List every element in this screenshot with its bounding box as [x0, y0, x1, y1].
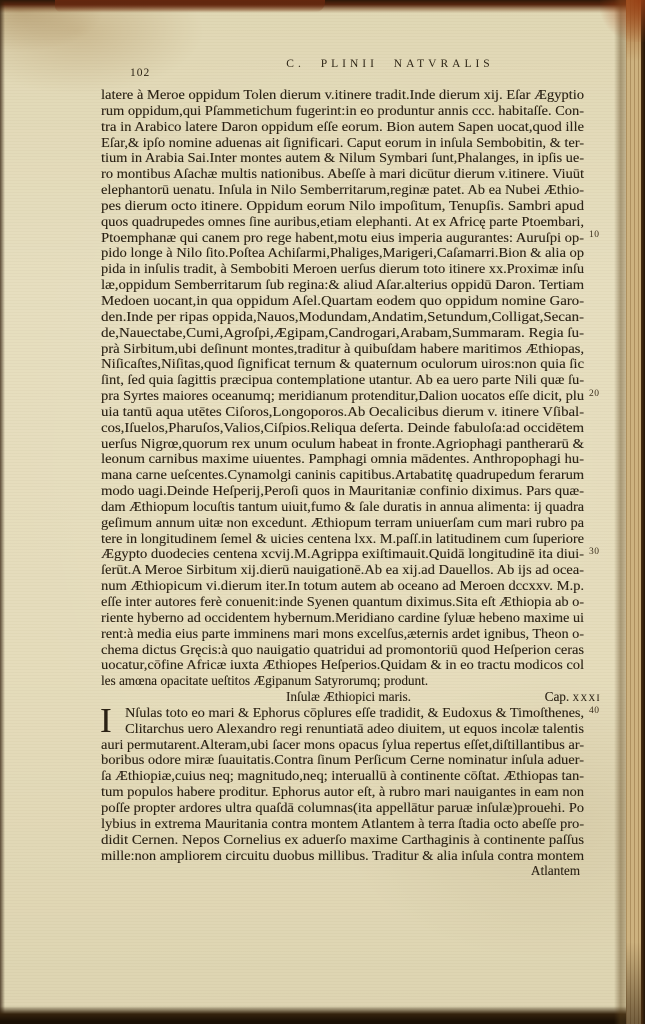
page-edge-shadow: [614, 0, 626, 1024]
text-line: dam Æthiopum locuſtis tantum uiuit,fumo …: [101, 499, 584, 515]
text-line: didit Cernen. Nepos Cornelius ex aduerſo…: [101, 832, 584, 848]
text-line: rum oppidum,qui Pſammetichum fugerint:in…: [101, 103, 584, 119]
chapter-heading-row: Inſulæ Æthiopici maris. Cap. xxxi: [101, 689, 584, 705]
text-line: boribus odore miræ ſuauitatis.Contra ſin…: [101, 752, 584, 768]
text-line: ſint, ſed quia ſagittis præcipua contemp…: [101, 372, 584, 388]
paragraph-2: I Nſulas toto eo mari & Ephorus cōplures…: [101, 705, 584, 863]
book-fore-edge-pages: [626, 0, 641, 1024]
text-line: riente hyberno ad occidentem hybernum.Me…: [101, 610, 584, 626]
text-line: auri permutarent.Alteram,ubi ſacer mons …: [101, 737, 584, 753]
text-line: uocatur,cōfine Africæ iuxta Æthiopes Heſ…: [101, 657, 584, 673]
text-line: prà Sirbitum,ubi deſinunt montes,traditu…: [101, 341, 584, 357]
text-line: eſſe inter autores ferè conuenit:inde Sy…: [101, 594, 584, 610]
section-title: Inſulæ Æthiopici maris.: [286, 689, 411, 705]
text-line: pes dierum octo itinere. Oppidum eorum N…: [101, 198, 584, 214]
text-line: latere à Meroe oppidum Tolen dierum v.it…: [101, 87, 584, 103]
text-line: leonum carnibus maxime uiuentes. Pamphag…: [101, 451, 584, 467]
text-line: ſa Æthiopiæ,cuius neq; magnitudo,neq; in…: [101, 768, 584, 784]
text-line: geſimum annum uitæ non excedunt. Æthiopu…: [101, 515, 584, 531]
text-line: ro montibus Aſachæ multis nationibus. Ab…: [101, 166, 584, 182]
page-number: 102: [130, 67, 150, 79]
top-edge-stain: [55, 0, 325, 12]
text-line: Nſulas toto eo mari & Ephorus cōplures e…: [125, 705, 584, 721]
text-line: modo uagi.Deinde Heſperij,Peroſi quos in…: [101, 483, 584, 499]
text-line: Medoen uocant,in qua oppidum Aſel.Quarta…: [101, 293, 584, 309]
text-line: Eſar,& ipſo nomine aduenas ait ſignifica…: [101, 135, 584, 151]
text-line: rent:à media eius parte imminens mari mo…: [101, 626, 584, 642]
chapter-label: Cap.: [545, 689, 570, 704]
text-line: Ægypto duodecies centena xcvij.M.Agrippa…: [101, 546, 584, 562]
text-line: ſerūt.A Meroe Sirbitum xij.dierū nauigat…: [101, 562, 584, 578]
text-block: latere à Meroe oppidum Tolen dierum v.it…: [101, 87, 584, 879]
text-line: de,Nauectabe,Cumi,Agroſpi,Ægipam,Candrog…: [101, 325, 584, 341]
top-right-corner-stain: [600, 0, 645, 42]
margin-line-number-40: 40: [589, 706, 600, 716]
text-line: tium in Arabia Sai.Inter montes autem & …: [101, 150, 584, 166]
text-line: lybius in extrema Mauritania contra mont…: [101, 816, 584, 832]
text-line: tra in Arabico latere Daron oppidum eſſe…: [101, 119, 584, 135]
photo-right-edge: [641, 0, 645, 1024]
text-line: uerſus Nigrœ,quorum rex unum oculum habe…: [101, 436, 584, 452]
text-line: elephantorū uenatu. Inſula in Nilo Sembe…: [101, 182, 584, 198]
text-line: læ,oppidum Semberritarum ſub regina:& al…: [101, 277, 584, 293]
chapter-number: Cap. xxxi: [545, 689, 601, 705]
text-line: den.Inde per ripas oppida,Nauos,Modundam…: [101, 309, 584, 325]
text-line: pra Syrtes maiores oceanumq; meridianum …: [101, 388, 584, 404]
text-line: tere in longitudinem ſemel & uicies cent…: [101, 531, 584, 547]
text-line: chema dictus Gręcis:à quo nauigatio quat…: [101, 642, 584, 658]
text-line: Clitarchus uero Alexandro regi renuntiat…: [125, 721, 584, 737]
text-line: mille:non ampliorem circuitu duobus mill…: [101, 848, 584, 864]
text-line: quos quadrupedes omnes ſine auribus,etia…: [101, 214, 584, 230]
photo-left-edge: [0, 0, 5, 1024]
text-line: pida in inſulis tradit, à Sembobiti Mero…: [101, 261, 584, 277]
catchword-row: Atlantem: [101, 863, 584, 879]
text-line: cos,Iſuelos,Pharuſos,Valios,Ciſpios.Reli…: [101, 420, 584, 436]
margin-line-number-30: 30: [589, 547, 600, 557]
text-line: Niſicaſtes,Niſitas,quod ſignificat ternu…: [101, 356, 584, 372]
margin-line-number-20: 20: [589, 389, 600, 399]
catchword: Atlantem: [531, 863, 580, 878]
text-line: uia tantū aqua utētes Ciſoros,Longoporos…: [101, 404, 584, 420]
margin-line-number-10: 10: [589, 230, 600, 240]
scanned-book-page: C. PLINII NATVRALIS 102 latere à Meroe o…: [0, 0, 645, 1024]
text-line: Ptoemphanæ qui canem pro rege habent,mot…: [101, 230, 584, 246]
text-line: les amœna opacitate ueſtitos Ægipanum Sa…: [101, 673, 584, 689]
text-line: tum populos habere proditur. Ephorus aut…: [101, 784, 584, 800]
chapter-numeral: xxxi: [573, 689, 602, 704]
text-line: pido longe à Nilo ſito.Poſtea Achiſarmi,…: [101, 245, 584, 261]
text-line: num Æthiopicum vi.dierum iter.In totum a…: [101, 578, 584, 594]
photo-bottom-edge: [0, 1006, 645, 1024]
paragraph-1: latere à Meroe oppidum Tolen dierum v.it…: [101, 87, 584, 689]
text-line: poſſe propter ardores ultra quaſdā colum…: [101, 800, 584, 816]
text-line: mana carne ueſcentes.Cynamolgi caninis c…: [101, 467, 584, 483]
drop-cap-initial: I: [100, 706, 112, 736]
running-header: C. PLINII NATVRALIS: [160, 58, 620, 70]
